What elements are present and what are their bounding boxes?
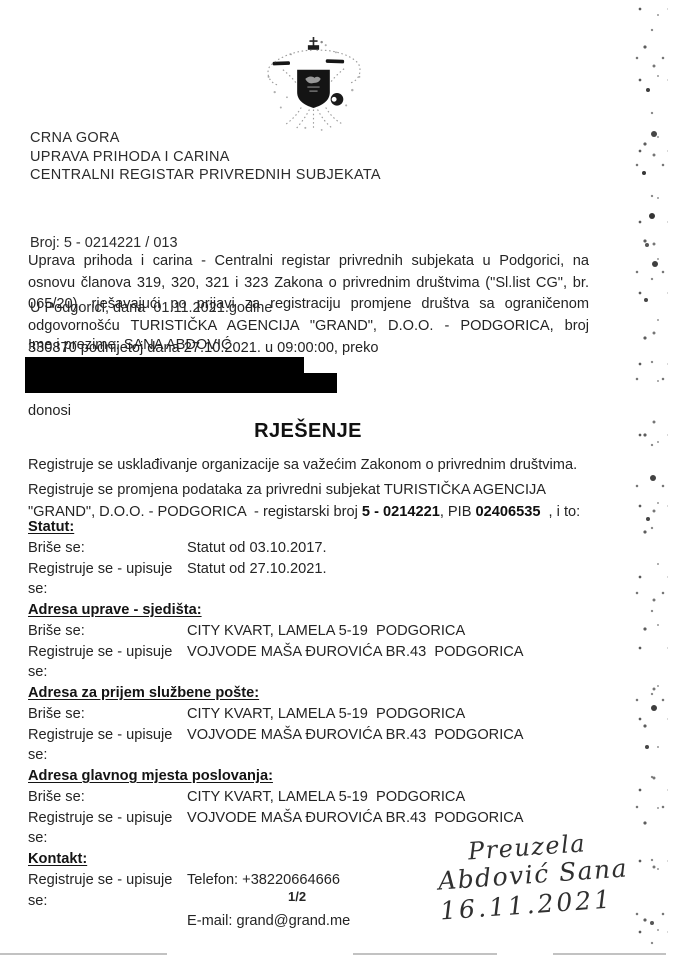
decision-title: RJEŠENJE (0, 420, 616, 443)
table-row: Briše se: CITY KVART, LAMELA 5-19 PODGOR… (28, 621, 620, 642)
decision-intro-line: Registruje se usklađivanje organizacije … (28, 457, 577, 473)
section-heading-adresa-poslovanja: Adresa glavnog mjesta poslovanja: (28, 766, 620, 787)
row-label: Briše se: (28, 621, 187, 642)
table-row: Registruje se - upisuje se: VOJVODE MAŠA… (28, 642, 620, 684)
row-label: Registruje se - upisuje se: (28, 642, 187, 684)
section-heading-statut: Statut: (28, 517, 620, 538)
section-heading-adresa-poste: Adresa za prijem službene pošte: (28, 683, 620, 704)
row-label: Briše se: (28, 787, 187, 808)
handwritten-note: Preuzela Abdović Sana 16.11.2021 (435, 827, 631, 924)
donosi-word: donosi (28, 403, 71, 419)
scanner-noise-strip (634, 0, 668, 952)
scan-edge-line (353, 953, 497, 955)
scan-edge-line (553, 953, 666, 955)
page-number: 1/2 (288, 889, 306, 904)
section-heading-adresa-uprave: Adresa uprave - sjedišta: (28, 600, 620, 621)
row-value: CITY KVART, LAMELA 5-19 PODGORICA (187, 704, 465, 725)
row-label: Registruje se - upisuje se: (28, 725, 187, 767)
country-name: CRNA GORA (30, 129, 381, 148)
scanned-document-page: CRNA GORA UPRAVA PRIHODA I CARINA CENTRA… (0, 0, 679, 960)
scan-edge-line (0, 953, 167, 955)
montenegro-coat-of-arms-emblem (260, 36, 368, 133)
table-row: Registruje se - upisuje se: VOJVODE MAŠA… (28, 725, 620, 767)
row-value: VOJVODE MAŠA ĐUROVIĆA BR.43 PODGORICA (187, 725, 524, 767)
table-row: Briše se: Statut od 03.10.2017. (28, 538, 620, 559)
row-label: Briše se: (28, 704, 187, 725)
row-value: CITY KVART, LAMELA 5-19 PODGORICA (187, 621, 465, 642)
redaction-bar-top (25, 357, 304, 373)
row-value-email: E-mail: grand@grand.me (187, 911, 350, 932)
row-label (28, 911, 187, 932)
table-row: Registruje se - upisuje se: Statut od 27… (28, 559, 620, 601)
row-label: Registruje se - upisuje se: (28, 559, 187, 601)
table-row: Briše se: CITY KVART, LAMELA 5-19 PODGOR… (28, 704, 620, 725)
table-row: Briše se: CITY KVART, LAMELA 5-19 PODGOR… (28, 787, 620, 808)
submitter-name-line: Ime i prezime: SANA ABDOVIĆ (28, 337, 232, 353)
row-value: Statut od 03.10.2017. (187, 538, 327, 559)
registry-name: CENTRALNI REGISTAR PRIVREDNIH SUBJEKATA (30, 166, 381, 185)
row-value-telefon: Telefon: +38220664666 (187, 870, 340, 912)
row-value: Statut od 27.10.2021. (187, 559, 327, 601)
agency-name: UPRAVA PRIHODA I CARINA (30, 148, 381, 167)
row-label: Briše se: (28, 538, 187, 559)
redaction-bar-bottom (25, 373, 337, 393)
letterhead: CRNA GORA UPRAVA PRIHODA I CARINA CENTRA… (30, 129, 381, 185)
row-label: Registruje se - upisuje se: (28, 808, 187, 850)
row-value: CITY KVART, LAMELA 5-19 PODGORICA (187, 787, 465, 808)
row-value: VOJVODE MAŠA ĐUROVIĆA BR.43 PODGORICA (187, 642, 524, 684)
row-label: Registruje se - upisuje se: (28, 870, 187, 912)
